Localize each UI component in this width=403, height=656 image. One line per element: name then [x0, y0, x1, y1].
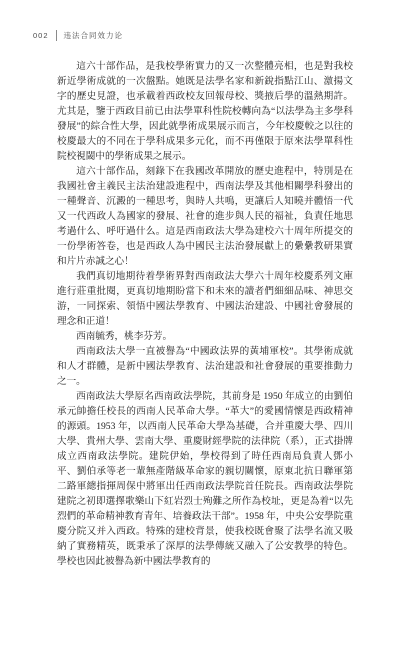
paragraph: 西南政法大學一直被譽為“中國政法界的黃埔軍校”。其學術成就和人才群體，是新中國法… [57, 344, 353, 389]
body-text: 這六十部作品，是我校學術實力的又一次整體亮相，也是對我校新近學術成就的一次盤點。… [57, 59, 353, 569]
page-number: 002 [33, 31, 49, 40]
paragraph: 我們真切地期待着學術界對西南政法大學六十周年校慶系列文庫進行莊重批閱，更真切地期… [57, 269, 353, 329]
header-divider [56, 30, 57, 41]
paragraph: 西南毓秀，桃李芬芳。 [57, 329, 353, 344]
running-head: 002 违法合同效力论 [33, 30, 123, 41]
paragraph: 這六十部作品，是我校學術實力的又一次整體亮相，也是對我校新近學術成就的一次盤點。… [57, 59, 353, 164]
book-page: 002 违法合同效力论 這六十部作品，是我校學術實力的又一次整體亮相，也是對我校… [0, 0, 403, 656]
paragraph: 西南政法大學原名西南政法學院，其前身是 1950 年成立的由劉伯承元帥擔任校長的… [57, 389, 353, 569]
book-title: 违法合同效力论 [64, 30, 124, 41]
paragraph: 這六十部作品，刻錄下在我國改革開放的歷史進程中，特別是在我國社會主義民主法治建設… [57, 164, 353, 269]
